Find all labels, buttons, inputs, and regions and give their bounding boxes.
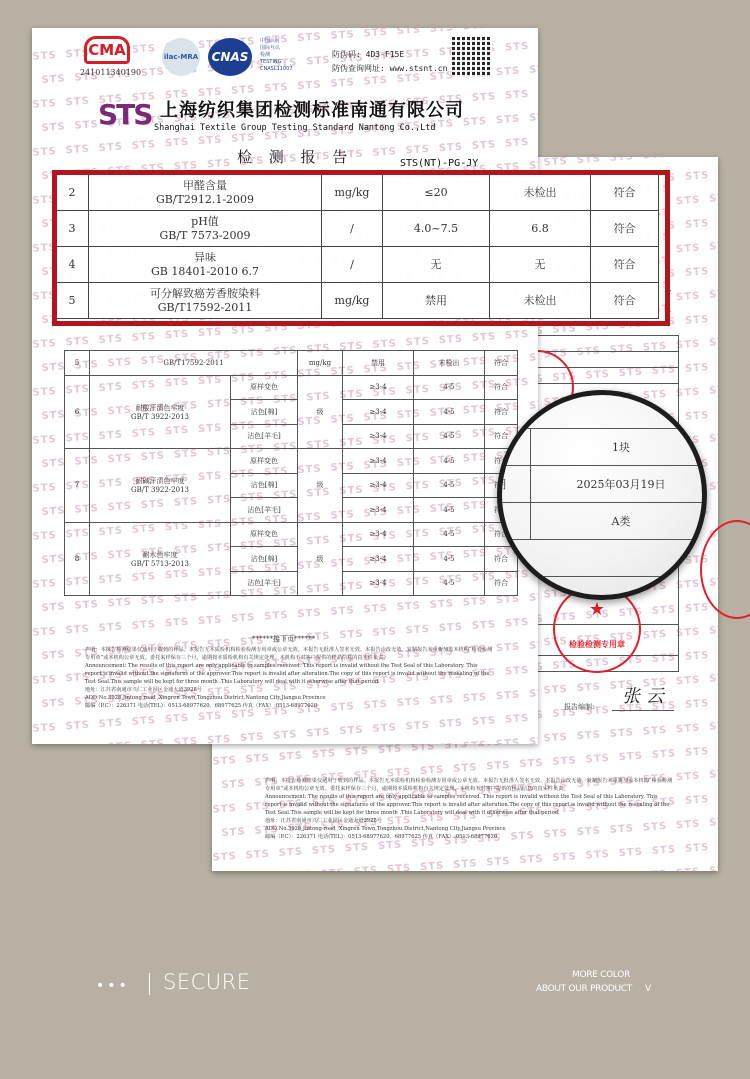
result-cell: 4-5 bbox=[414, 571, 485, 596]
notice-en: Announcement: The results of this report… bbox=[85, 662, 495, 686]
result-cell: 4-5 bbox=[414, 498, 485, 523]
sub-item-cell: 沾色[棉] bbox=[231, 473, 298, 498]
sub-item-cell: 原样变色 bbox=[231, 375, 298, 400]
report-number: STS(NT)-PG-JY bbox=[400, 158, 478, 169]
notice-en: Announcement: The results of this report… bbox=[265, 793, 675, 817]
table-row: A类 bbox=[497, 503, 707, 540]
table-row: 6耐酸汗渍色牢度GB/T 3922-2013原样变色级≥3-44-5符合 bbox=[65, 375, 518, 400]
requirement-cell: ≥3-4 bbox=[343, 375, 414, 400]
anti-fake-url: 防伪查询网址: www.stsnt.cn bbox=[332, 62, 447, 76]
table-row: 8耐水色牢度GB/T 5713-2013原样变色级≥3-44-5符合 bbox=[65, 522, 518, 547]
row-no: 7 bbox=[65, 449, 90, 523]
item-cell: 耐酸汗渍色牢度GB/T 3922-2013 bbox=[90, 375, 231, 449]
requirement-cell: ≥3-4 bbox=[343, 522, 414, 547]
sub-item-cell: 沾色[棉] bbox=[231, 547, 298, 572]
result-cell: 4-5 bbox=[414, 547, 485, 572]
spec-fragment: 术规范》 bbox=[497, 540, 707, 577]
unit-cell: 级 bbox=[298, 375, 343, 449]
row-no: 8 bbox=[65, 522, 90, 596]
company-name-cn: 上海纺织集团检测标准南通有限公司 bbox=[160, 96, 464, 122]
continued-marker: ******接下页****** bbox=[252, 634, 315, 644]
result-cell: 4-5 bbox=[414, 424, 485, 449]
address-en: ADD:No.3928,Jintong road ,Xingren Town,T… bbox=[85, 694, 495, 702]
test-results-table: 5GB/T17592-2011mg/kg禁用未检出符合6耐酸汗渍色牢度GB/T … bbox=[64, 350, 518, 596]
sub-item-cell: 原样变色 bbox=[231, 522, 298, 547]
requirement-cell: ≥3-4 bbox=[343, 547, 414, 572]
result-cell: 4-5 bbox=[414, 473, 485, 498]
sub-item-cell: 原样变色 bbox=[231, 449, 298, 474]
front-notice: 声明：本报告检测结果仅适用于收到的样品。本报告无本质检机构检验检测专用章或公章无… bbox=[85, 646, 495, 710]
item-cell: 耐水色牢度GB/T 5713-2013 bbox=[90, 522, 231, 596]
cnas-logo: CNAS bbox=[208, 38, 252, 76]
sub-item-cell: 沾色[羊毛] bbox=[231, 571, 298, 596]
field-value: 1块 bbox=[531, 429, 708, 466]
unit-cell: 级 bbox=[298, 449, 343, 523]
address-cn: 地址：江苏省南通市兴仁工业园区金通大道3928号 bbox=[265, 817, 675, 825]
table-row: 5GB/T17592-2011mg/kg禁用未检出符合 bbox=[65, 351, 518, 376]
notice-cn: 声明：本报告检测结果仅适用于收到的样品。本报告无本质检机构检验检测专用章或公章无… bbox=[85, 646, 495, 662]
ilac-mra-logo: ilac-MRA bbox=[162, 38, 200, 76]
anti-fake-info: 防伪码: 4D3-F15E 防伪查询网址: www.stsnt.cn bbox=[332, 48, 447, 76]
report-page-front: STS STS STS STS STS STS STS STS STS STS … bbox=[32, 28, 538, 744]
requirement-cell: ≥3-4 bbox=[343, 424, 414, 449]
seal-star-icon: ★ bbox=[555, 599, 639, 620]
cma-logo: CMA bbox=[84, 36, 130, 64]
signature-line bbox=[612, 710, 674, 711]
back-notice: 声明：本报告检测结果仅适用于收到的样品。本报告无本质检机构检验检测专用章或公章无… bbox=[265, 777, 675, 841]
address-cn: 地址：江苏省南通市兴仁工业园区金通大道3928号 bbox=[85, 686, 495, 694]
result-cell: 4-5 bbox=[414, 522, 485, 547]
sub-item-cell: 沾色[棉] bbox=[231, 400, 298, 425]
verdict-cell: 符合 bbox=[485, 375, 518, 400]
requirement-cell: ≥3-4 bbox=[343, 571, 414, 596]
compiled-by-label: 报告编制: bbox=[564, 702, 594, 712]
signature: 张 云 bbox=[622, 682, 664, 708]
qr-code[interactable] bbox=[452, 37, 492, 77]
cnas-text: 中国认可国际互认检测TESTINGCNASL11007 bbox=[260, 38, 293, 73]
requirement-cell: ≥3-4 bbox=[343, 498, 414, 523]
cma-number: 241011340190 bbox=[80, 68, 141, 77]
company-name-en: Shanghai Textile Group Testing Standard … bbox=[154, 123, 435, 133]
highlight-frame bbox=[52, 170, 670, 326]
table-row: 日期2025年03月19日 bbox=[497, 466, 707, 503]
contact: 邮编（P.C）：226371 电话(TEL)：0513-68977620、689… bbox=[265, 833, 675, 841]
sub-item-cell: 沾色[羊毛] bbox=[231, 424, 298, 449]
more-dots-icon[interactable]: ••• bbox=[96, 978, 130, 994]
sts-logo: STS bbox=[98, 98, 151, 131]
more-color-link[interactable]: MORE COLOR bbox=[572, 970, 630, 980]
requirement-cell: ≥3-4 bbox=[343, 400, 414, 425]
table-row: 7耐碱汗渍色牢度GB/T 3922-2013原样变色级≥3-44-5符合 bbox=[65, 449, 518, 474]
item-cell: 耐碱汗渍色牢度GB/T 3922-2013 bbox=[90, 449, 231, 523]
magnifier-lens: 1块日期2025年03月19日A类术规范》 bbox=[497, 390, 707, 600]
footer-bar: ••• SECURE MORE COLOR ABOUT OUR PRODUCT … bbox=[0, 940, 750, 1020]
row-no: 6 bbox=[65, 375, 90, 449]
field-value: A类 bbox=[531, 503, 708, 540]
address-en: ADD:No.3928,Jintong road ,Xingren Town,T… bbox=[265, 825, 675, 833]
table-row: 1块 bbox=[497, 429, 707, 466]
divider bbox=[149, 973, 150, 995]
section-title: SECURE bbox=[163, 970, 251, 994]
requirement-cell: ≥3-4 bbox=[343, 473, 414, 498]
chevron-down-icon[interactable]: V bbox=[645, 984, 651, 994]
report-title: 检 测 报 告 bbox=[237, 146, 353, 167]
seal-text: 检验检测专用章 bbox=[555, 639, 639, 650]
result-cell: 4-5 bbox=[414, 400, 485, 425]
field-label: 日期 bbox=[497, 466, 531, 503]
field-value: 2025年03月19日 bbox=[531, 466, 708, 503]
field-label bbox=[497, 429, 531, 466]
field-label bbox=[497, 503, 531, 540]
notice-cn: 声明：本报告检测结果仅适用于收到的样品。本报告无本质检机构检验检测专用章或公章无… bbox=[265, 777, 675, 793]
table-row: 术规范》 bbox=[497, 540, 707, 577]
about-product-link[interactable]: ABOUT OUR PRODUCT bbox=[536, 984, 632, 994]
verdict-cell: 符合 bbox=[485, 400, 518, 425]
result-cell: 4-5 bbox=[414, 449, 485, 474]
magnified-table: 1块日期2025年03月19日A类术规范》 bbox=[497, 428, 707, 577]
requirement-cell: ≥3-4 bbox=[343, 449, 414, 474]
result-cell: 4-5 bbox=[414, 375, 485, 400]
sub-item-cell: 沾色[羊毛] bbox=[231, 498, 298, 523]
unit-cell: 级 bbox=[298, 522, 343, 596]
contact: 邮编（P.C）：226371 电话(TEL)：0513-68977620、689… bbox=[85, 702, 495, 710]
anti-fake-code: 防伪码: 4D3-F15E bbox=[332, 48, 447, 62]
